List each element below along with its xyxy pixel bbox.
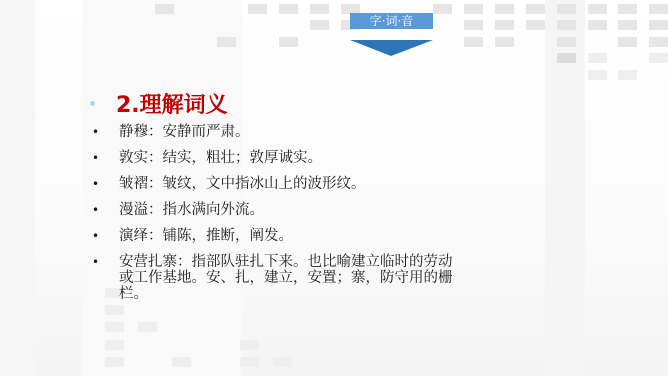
definition-text: 静穆：安静而严肃。 (119, 124, 462, 140)
definition-text: 皱褶：皱纹，文中指冰山上的波形纹。 (119, 176, 462, 192)
down-arrow-icon (350, 40, 433, 56)
list-item: • 敦实：结实，粗壮；敦厚诚实。 (92, 150, 462, 166)
list-item: • 演绎：铺陈，推断，阐发。 (92, 228, 462, 244)
section-label-banner: 字·词·音 (350, 13, 433, 29)
definition-text: 漫溢：指水满向外流。 (119, 202, 462, 218)
definition-text: 安营扎寨：指部队驻扎下来。也比喻建立临时的劳动或工作基地。安、扎，建立，安置；寨… (119, 254, 462, 302)
definition-text: 演绎：铺陈，推断，阐发。 (119, 228, 462, 244)
slide-title: 2.理解词义 (116, 88, 228, 119)
bullet-icon: • (92, 150, 119, 166)
slide-title-row: 2.理解词义 (90, 88, 228, 119)
list-item: • 安营扎寨：指部队驻扎下来。也比喻建立临时的劳动或工作基地。安、扎，建立，安置… (92, 254, 462, 302)
list-item: • 皱褶：皱纹，文中指冰山上的波形纹。 (92, 176, 462, 192)
definition-list: • 静穆：安静而严肃。 • 敦实：结实，粗壮；敦厚诚实。 • 皱褶：皱纹，文中指… (92, 124, 462, 312)
list-item: • 漫溢：指水满向外流。 (92, 202, 462, 218)
list-item: • 静穆：安静而严肃。 (92, 124, 462, 140)
definition-text: 敦实：结实，粗壮；敦厚诚实。 (119, 150, 462, 166)
title-bullet-icon (90, 101, 95, 106)
bullet-icon: • (92, 124, 119, 140)
bullet-icon: • (92, 228, 119, 244)
background-panel (0, 0, 35, 376)
bullet-icon: • (92, 202, 119, 218)
bullet-icon: • (92, 176, 119, 192)
bullet-icon: • (92, 254, 119, 302)
